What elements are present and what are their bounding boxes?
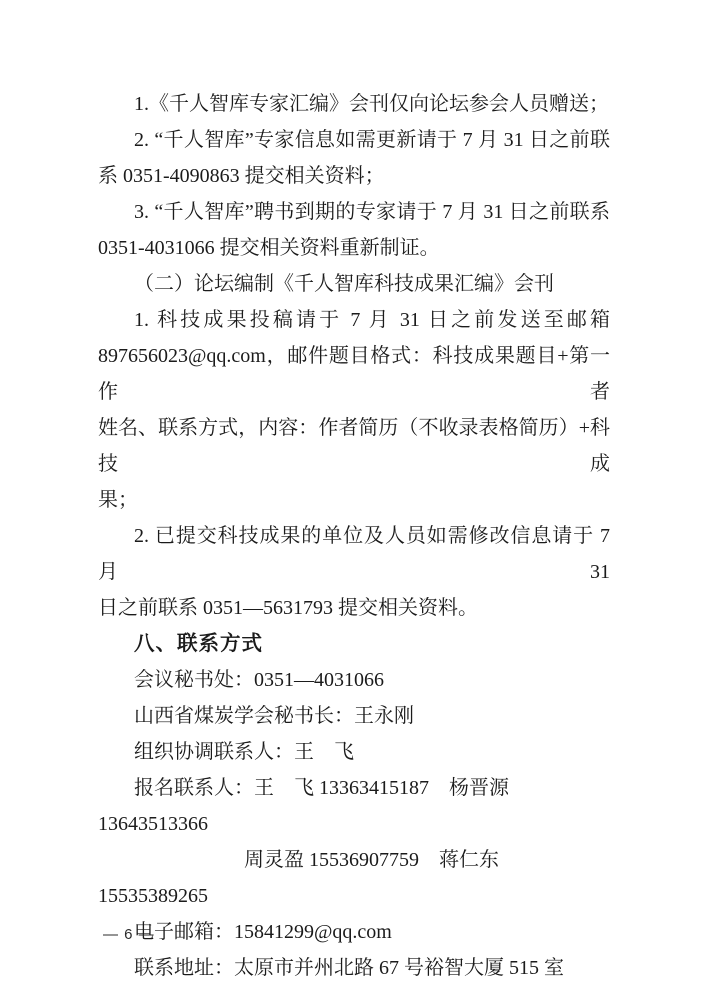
contact-address: 联系地址：太原市并州北路 67 号裕智大厦 515 室: [98, 950, 610, 986]
sci-item-1-line-4: 果；: [98, 482, 610, 518]
contact-registration-line-1: 报名联系人：王 飞 13363415187 杨晋源 13643513366: [98, 770, 610, 842]
contact-registration-line-2: 周灵盈 15536907759 蒋仁东 15535389265: [98, 842, 610, 914]
sci-item-1-line-2: 897656023@qq.com，邮件题目格式：科技成果题目+第一作者: [98, 338, 610, 410]
contact-address-value: 太原市并州北路 67 号裕智大厦 515 室: [234, 957, 564, 979]
sci-item-2-line-1: 2. 已提交科技成果的单位及人员如需修改信息请于 7 月 31: [98, 518, 610, 590]
contact-coordinator: 组织协调联系人：王 飞: [98, 734, 610, 770]
document-body: 1.《千人智库专家汇编》会刊仅向论坛参会人员赠送； 2. “千人智库”专家信息如…: [98, 86, 610, 986]
sci-item-1-line-3: 姓名、联系方式，内容：作者简历（不收录表格简历）+科技成: [98, 410, 610, 482]
sci-item-1-line-1: 1. 科技成果投稿请于 7 月 31 日之前发送至邮箱: [98, 302, 610, 338]
section-8-heading: 八、联系方式: [98, 626, 610, 662]
contact-secretary-general: 山西省煤炭学会秘书长：王永刚: [98, 698, 610, 734]
note-item-2-line-2: 系 0351-4090863 提交相关资料；: [98, 158, 610, 194]
sci-item-2-line-2: 日之前联系 0351—5631793 提交相关资料。: [98, 590, 610, 626]
page-number: — 6 —: [103, 926, 155, 943]
note-item-1: 1.《千人智库专家汇编》会刊仅向论坛参会人员赠送；: [98, 86, 610, 122]
note-item-3-line-1: 3. “千人智库”聘书到期的专家请于 7 月 31 日之前联系: [98, 194, 610, 230]
document-page: 1.《千人智库专家汇编》会刊仅向论坛参会人员赠送； 2. “千人智库”专家信息如…: [0, 0, 707, 1000]
contact-email-value: 15841299@qq.com: [234, 921, 392, 943]
contact-email: 电子邮箱：15841299@qq.com: [98, 914, 610, 950]
contact-secretariat: 会议秘书处：0351—4031066: [98, 662, 610, 698]
contact-address-label: 联系地址：: [134, 957, 234, 979]
note-item-2-line-1: 2. “千人智库”专家信息如需更新请于 7 月 31 日之前联: [98, 122, 610, 158]
section-2-heading: （二）论坛编制《千人智库科技成果汇编》会刊: [98, 266, 610, 302]
note-item-3-line-2: 0351-4031066 提交相关资料重新制证。: [98, 230, 610, 266]
